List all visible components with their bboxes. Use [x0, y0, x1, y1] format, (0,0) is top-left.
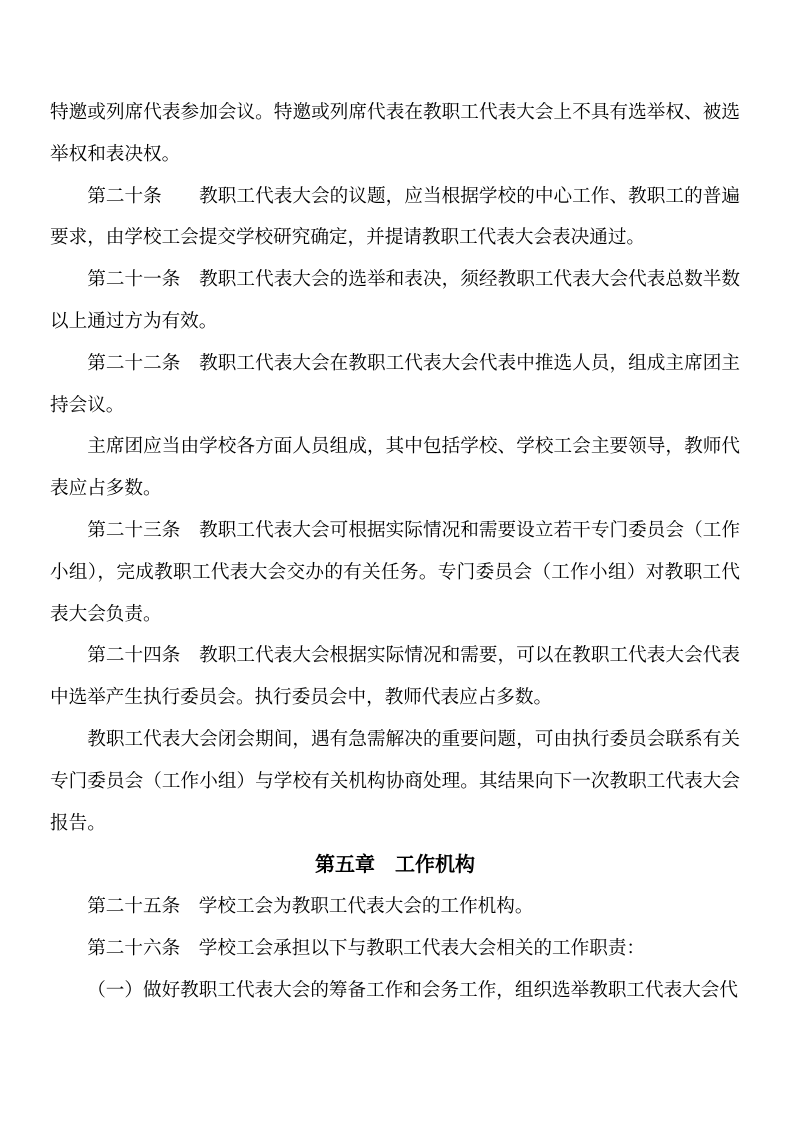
- article-paragraph: 教职工代表大会闭会期间，遇有急需解决的重要问题，可由执行委员会联系有关专门委员会…: [50, 719, 740, 844]
- article-paragraph: 第二十条 教职工代表大会的议题，应当根据学校的中心工作、教职工的普遍要求，由学校…: [50, 176, 740, 260]
- article-paragraph: 第二十二条 教职工代表大会在教职工代表大会代表中推选人员，组成主席团主持会议。: [50, 343, 740, 427]
- article-paragraph: 第二十六条 学校工会承担以下与教职工代表大会相关的工作职责：: [50, 928, 740, 970]
- document-page: 特邀或列席代表参加会议。特邀或列席代表在教职工代表大会上不具有选举权、被选举权和…: [0, 0, 793, 1122]
- chapter-heading: 第五章 工作机构: [50, 844, 740, 886]
- article-paragraph: 第二十五条 学校工会为教职工代表大会的工作机构。: [50, 886, 740, 928]
- document-content: 特邀或列席代表参加会议。特邀或列席代表在教职工代表大会上不具有选举权、被选举权和…: [50, 92, 740, 1012]
- article-paragraph: 第二十一条 教职工代表大会的选举和表决，须经教职工代表大会代表总数半数以上通过方…: [50, 259, 740, 343]
- article-paragraph: 第二十三条 教职工代表大会可根据实际情况和需要设立若干专门委员会（工作小组），完…: [50, 510, 740, 635]
- article-paragraph: 主席团应当由学校各方面人员组成，其中包括学校、学校工会主要领导，教师代表应占多数…: [50, 426, 740, 510]
- article-paragraph: （一）做好教职工代表大会的筹备工作和会务工作，组织选举教职工代表大会代: [50, 970, 740, 1012]
- article-paragraph: 第二十四条 教职工代表大会根据实际情况和需要，可以在教职工代表大会代表中选举产生…: [50, 635, 740, 719]
- article-paragraph: 特邀或列席代表参加会议。特邀或列席代表在教职工代表大会上不具有选举权、被选举权和…: [50, 92, 740, 176]
